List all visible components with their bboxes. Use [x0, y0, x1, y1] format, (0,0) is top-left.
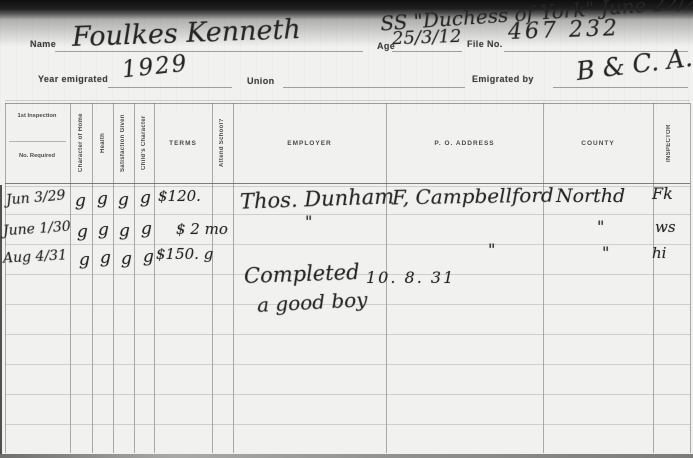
- col-header-po-address: P. O. ADDRESS: [386, 103, 543, 183]
- record-card: SS "Duchess of York" June 22/29 Name Fou…: [0, 0, 693, 458]
- row1-character-of-home-mark: g: [75, 193, 86, 210]
- table-header-bottom-line: [5, 183, 690, 184]
- note-remark-handwriting: a good boy: [257, 289, 368, 315]
- table-column-line: [70, 103, 71, 453]
- union-label: Union: [247, 76, 275, 86]
- row1-inspector-initials: Fk: [652, 186, 673, 202]
- emigrated-by-label: Emigrated by: [472, 74, 534, 84]
- name-value-handwriting: Foulkes Kenneth: [72, 16, 302, 51]
- year-emigrated-underline: [108, 87, 232, 88]
- col-header-attend-school: Attend School?: [219, 106, 225, 180]
- col-header-first-inspection: 1st Inspection: [5, 113, 69, 119]
- emigrated-by-underline: [553, 87, 688, 88]
- row3-county-ditto: ": [602, 245, 609, 261]
- row1-po-address: F, Campbellford: [392, 185, 554, 208]
- row2-employer-ditto: ": [305, 214, 312, 230]
- scan-left-edge: [0, 185, 2, 458]
- year-emigrated-value-handwriting: 1929: [121, 53, 190, 83]
- col-header-terms: TERMS: [154, 103, 212, 183]
- row1-county: Northd: [556, 187, 625, 206]
- row3-inspector-initials: hi: [652, 246, 666, 261]
- col-header-county: COUNTY: [543, 103, 653, 183]
- note-date-handwriting: 10. 8. 31: [366, 270, 455, 286]
- table-header-top-outer-line: [5, 100, 690, 101]
- row1-inspection-date: Jun 3/29: [6, 188, 67, 207]
- year-emigrated-label: Year emigrated: [38, 74, 108, 84]
- file-no-label: File No.: [467, 39, 503, 49]
- row1-health-mark: g: [97, 191, 108, 208]
- table-column-line: [653, 103, 654, 453]
- row3-health-mark: g: [100, 250, 111, 267]
- col-header-character-of-home: Character of Home: [78, 106, 84, 180]
- row3-character-of-home-mark: g: [79, 252, 90, 269]
- table-column-line: [690, 103, 691, 453]
- table-column-line: [134, 103, 135, 453]
- scan-bottom-edge: [0, 454, 693, 458]
- table-column-line: [212, 103, 213, 453]
- union-underline: [283, 87, 465, 88]
- first-column-divider: [9, 141, 66, 142]
- row2-character-of-home-mark: g: [77, 224, 88, 241]
- row1-employer: Thos. Dunham: [240, 186, 395, 212]
- table-column-line: [92, 103, 93, 453]
- col-header-no-required: No. Required: [5, 153, 69, 159]
- row2-terms: $ 2 mo: [176, 222, 228, 237]
- row3-satisfaction-mark: g: [121, 251, 132, 268]
- col-header-satisfaction-given: Satisfaction Given: [120, 106, 126, 180]
- age-value-handwriting: 25/3/12: [392, 28, 462, 48]
- name-label: Name: [30, 39, 56, 49]
- file-no-value-handwriting: 467 232: [508, 18, 621, 44]
- row2-inspector-initials: ws: [655, 220, 676, 235]
- table-column-line: [113, 103, 114, 453]
- col-header-inspector: INSPECTOR: [666, 106, 672, 180]
- age-underline: [392, 51, 462, 52]
- row2-satisfaction-mark: g: [119, 223, 130, 240]
- row2-po-address-ditto: ": [488, 242, 495, 258]
- col-header-employer: EMPLOYER: [233, 103, 386, 183]
- row3-terms: $150. g: [156, 247, 213, 262]
- note-completed-handwriting: Completed: [244, 262, 360, 287]
- row2-county-ditto: ": [597, 219, 604, 235]
- col-header-health: Health: [100, 106, 106, 180]
- row2-health-mark: g: [98, 222, 109, 239]
- row3-inspection-date: Aug 4/31: [3, 248, 68, 265]
- row2-childs-character-mark: g: [141, 221, 152, 238]
- row1-terms: $120.: [158, 189, 201, 204]
- row1-satisfaction-mark: g: [118, 192, 129, 209]
- col-header-childs-character: Child's Character: [141, 106, 147, 180]
- row3-childs-character-mark: g: [143, 249, 154, 266]
- row2-inspection-date: June 1/30: [3, 220, 72, 239]
- row1-childs-character-mark: g: [140, 190, 151, 207]
